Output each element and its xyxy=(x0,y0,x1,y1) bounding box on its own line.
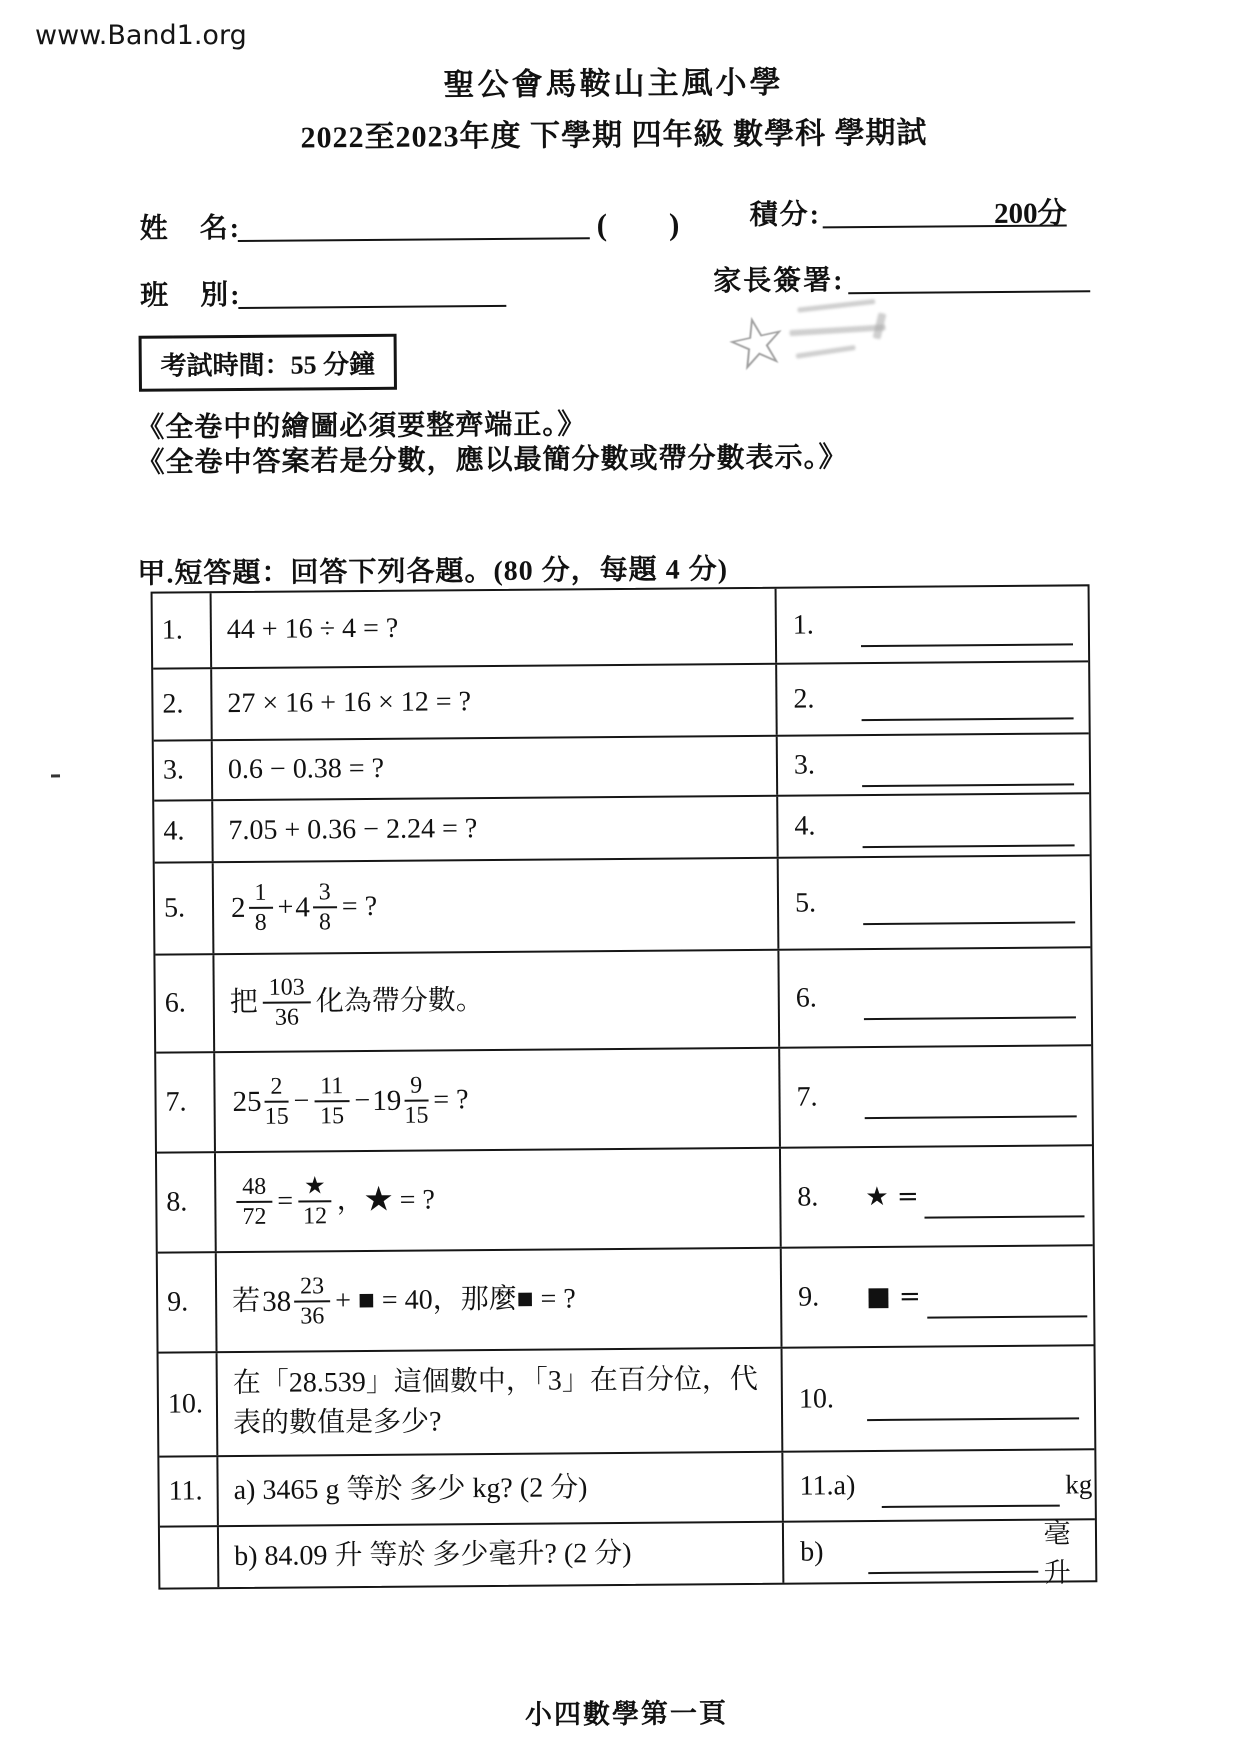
question-text: + xyxy=(277,888,293,928)
question-text: − xyxy=(354,1081,370,1121)
row-number: 10. xyxy=(159,1353,219,1455)
answer-cell: 11.a)kg xyxy=(783,1450,1095,1520)
fraction-stack: 915 xyxy=(404,1072,428,1129)
numerator: 1 xyxy=(248,879,272,909)
question-cell: 44 + 16 ÷ 4 = ? xyxy=(212,589,778,667)
denominator: 72 xyxy=(242,1203,266,1231)
answer-number: 5. xyxy=(795,887,837,919)
row-number: 9. xyxy=(158,1253,218,1351)
answer-number: 10. xyxy=(799,1383,841,1415)
fraction: 382336 xyxy=(262,1273,333,1330)
question-text: ，★ = ? xyxy=(337,1181,436,1222)
denominator: 8 xyxy=(255,909,267,936)
fraction: 10336 xyxy=(260,974,314,1031)
name-blank-line xyxy=(238,203,590,242)
fraction-stack: 1115 xyxy=(314,1073,350,1130)
whole-number: 19 xyxy=(372,1084,401,1117)
instruction-note-2: 《全卷中答案若是分數，應以最簡分數或帶分數表示。》 xyxy=(136,435,847,481)
question-row-12: b) 84.09 升 等於 多少毫升? (2 分)b)毫升 xyxy=(160,1520,1095,1587)
answer-symbol: ★ = xyxy=(865,1182,919,1212)
denominator: 15 xyxy=(404,1102,428,1130)
question-row-9: 9.若 382336 + ■ = 40，那麼■ = ?9.■ = xyxy=(158,1246,1094,1353)
answer-number: 11.a) xyxy=(799,1470,855,1502)
exam-time-text: 考試時間：55 分鐘 xyxy=(160,343,375,382)
question-cell: 把10336 化為帶分數。 xyxy=(214,951,780,1051)
score-total: 200分 xyxy=(994,197,1067,230)
answer-blank xyxy=(868,1541,1038,1574)
numerator: 48 xyxy=(236,1173,272,1203)
denominator: 15 xyxy=(320,1102,344,1130)
answer-cell: b)毫升 xyxy=(784,1520,1095,1582)
question-cell: 4872 = ★12，★ = ? xyxy=(216,1149,782,1251)
answer-blank xyxy=(881,1475,1059,1508)
denominator: 8 xyxy=(319,908,331,935)
question-text: b) 84.09 升 等於 多少毫升? (2 分) xyxy=(234,1534,632,1577)
row-number: 1. xyxy=(153,593,213,667)
question-cell: 27 × 16 + 16 × 12 = ? xyxy=(212,665,778,739)
question-cell: 在「28.539」這個數中，「3」在百分位，代表的數值是多少? xyxy=(218,1349,784,1455)
exam-time-box: 考試時間：55 分鐘 xyxy=(139,334,397,392)
whole-number: 2 xyxy=(231,891,246,924)
answer-cell: 6. xyxy=(779,948,1091,1046)
question-text: + ■ = 40，那麼■ = ? xyxy=(335,1279,576,1321)
question-text: 7.05 + 0.36 − 2.24 = ? xyxy=(228,809,477,851)
question-text: − xyxy=(293,1082,309,1122)
row-number: 6. xyxy=(155,955,215,1051)
whole-number: 25 xyxy=(232,1085,261,1118)
answer-blank xyxy=(861,687,1073,721)
question-text: = xyxy=(277,1182,293,1222)
question-text: = ? xyxy=(433,1080,469,1120)
fraction-stack: 10336 xyxy=(263,974,311,1031)
question-cell: 0.6 − 0.38 = ? xyxy=(213,737,778,799)
answer-cell: 10. xyxy=(783,1346,1095,1450)
answer-blank xyxy=(863,891,1075,925)
question-text: 27 × 16 + 16 × 12 = ? xyxy=(227,682,471,724)
fraction-stack: 215 xyxy=(264,1073,288,1130)
question-row-8: 8.4872 = ★12，★ = ?8.★ = xyxy=(157,1146,1093,1253)
numerator: ★ xyxy=(298,1173,332,1203)
answer-cell: 2. xyxy=(777,662,1089,734)
score-label: 積分: xyxy=(749,192,821,233)
answer-blank xyxy=(867,1387,1079,1421)
question-row-11: 11.a) 3465 g 等於 多少 kg? (2 分)11.a)kg xyxy=(159,1450,1095,1527)
section-heading: 甲.短答題：回答下列各題。(80 分，每題 4 分) xyxy=(137,547,728,592)
page-footer: 小四數學第一頁 xyxy=(6,1687,1240,1736)
answer-symbol: ■ = xyxy=(866,1282,921,1312)
answer-number: 6. xyxy=(796,982,838,1014)
question-text: 44 + 16 ÷ 4 = ? xyxy=(227,609,399,650)
question-table: 1.44 + 16 ÷ 4 = ?1.2.27 × 16 + 16 × 12 =… xyxy=(151,584,1098,1589)
row-number: 8. xyxy=(157,1153,217,1251)
answer-number: 7. xyxy=(796,1081,838,1113)
row-number: 3. xyxy=(154,741,213,799)
answer-cell: 1. xyxy=(777,586,1089,662)
answer-blank xyxy=(864,986,1076,1020)
row-number: 7. xyxy=(156,1053,216,1151)
fraction-stack: 4872 xyxy=(236,1173,272,1230)
question-text: 把 xyxy=(230,983,258,1023)
scan-artifact xyxy=(51,774,60,777)
row-number: 11. xyxy=(159,1457,219,1525)
question-row-7: 7.25215 − 1115 − 19915 = ?7. xyxy=(156,1046,1092,1153)
answer-blank xyxy=(927,1285,1087,1318)
answer-cell: 5. xyxy=(779,856,1091,948)
denominator: 36 xyxy=(300,1302,324,1330)
answer-blank xyxy=(864,1085,1076,1119)
fraction: 438 xyxy=(295,879,340,936)
answer-blank xyxy=(925,1185,1085,1218)
answer-number: 8. xyxy=(797,1181,839,1213)
denominator: 36 xyxy=(275,1004,299,1032)
row-number: 4. xyxy=(154,801,213,861)
encouragement-stamp: ☆ xyxy=(725,293,926,385)
answer-number: b) xyxy=(800,1536,842,1568)
question-row-5: 5.218 + 438 = ?5. xyxy=(155,856,1091,955)
fraction: 4872 xyxy=(233,1173,275,1230)
answer-blank xyxy=(862,814,1074,848)
numerator: 23 xyxy=(294,1273,330,1303)
question-row-10: 10.在「28.539」這個數中，「3」在百分位，代表的數值是多少?10. xyxy=(159,1346,1095,1457)
answer-cell: 3. xyxy=(778,734,1089,794)
fraction-stack: 38 xyxy=(313,879,337,936)
fraction: 1115 xyxy=(311,1073,353,1130)
question-cell: a) 3465 g 等於 多少 kg? (2 分) xyxy=(218,1453,784,1525)
question-text: 0.6 − 0.38 = ? xyxy=(228,749,384,790)
score-blank-line: 200分 xyxy=(822,190,1066,228)
class-blank-line xyxy=(238,271,506,309)
fraction: 218 xyxy=(231,879,276,936)
exam-sheet: 聖公會馬鞍山主風小學 2022至2023年度 下學期 四年級 數學科 學期試 姓… xyxy=(0,0,1240,1754)
exam-title: 2022至2023年度 下學期 四年級 數學科 學期試 xyxy=(0,105,1234,159)
stamp-mark xyxy=(796,345,856,359)
fraction-stack: 2336 xyxy=(294,1273,330,1330)
fraction: 25215 xyxy=(232,1073,291,1130)
answer-cell: 8.★ = xyxy=(781,1146,1093,1246)
row-number xyxy=(160,1527,219,1587)
numerator: 3 xyxy=(313,879,337,909)
numerator: 103 xyxy=(263,974,311,1004)
answer-number: 4. xyxy=(794,810,836,842)
answer-unit: kg xyxy=(1065,1469,1092,1500)
name-paren: ( ) xyxy=(596,199,679,245)
question-row-2: 2.27 × 16 + 16 × 12 = ?2. xyxy=(153,662,1089,741)
question-cell: 若 382336 + ■ = 40，那麼■ = ? xyxy=(217,1249,783,1351)
row-number: 2. xyxy=(153,669,213,739)
school-name: 聖公會馬鞍山主風小學 xyxy=(0,53,1234,108)
answer-blank xyxy=(862,753,1074,787)
answer-unit: 毫升 xyxy=(1043,1511,1095,1589)
question-row-4: 4.7.05 + 0.36 − 2.24 = ?4. xyxy=(154,794,1089,863)
whole-number: 4 xyxy=(295,891,310,924)
answer-number: 9. xyxy=(798,1281,840,1313)
numerator: 2 xyxy=(264,1073,288,1103)
star-outline-icon: ☆ xyxy=(718,296,797,390)
numerator: 9 xyxy=(404,1072,428,1102)
question-cell: 218 + 438 = ? xyxy=(214,859,780,953)
numerator: 11 xyxy=(314,1073,349,1103)
question-text: a) 3465 g 等於 多少 kg? (2 分) xyxy=(233,1468,587,1511)
name-label: 姓 名: xyxy=(140,206,242,247)
answer-number: 1. xyxy=(793,609,835,641)
answer-cell: 4. xyxy=(778,794,1089,856)
question-text: 化為帶分數。 xyxy=(316,981,484,1022)
question-text: 在「28.539」這個數中，「3」在百分位，代表的數值是多少? xyxy=(233,1360,774,1444)
question-cell: 25215 − 1115 − 19915 = ? xyxy=(215,1049,781,1151)
answer-number: 2. xyxy=(793,683,835,715)
denominator: 12 xyxy=(303,1202,327,1230)
question-text: = ? xyxy=(342,887,378,927)
question-row-3: 3.0.6 − 0.38 = ?3. xyxy=(154,734,1089,801)
question-text: 若 xyxy=(232,1282,260,1322)
fraction-stack: 18 xyxy=(248,879,272,936)
question-cell: b) 84.09 升 等於 多少毫升? (2 分) xyxy=(219,1523,784,1587)
answer-blank xyxy=(861,613,1073,647)
answer-cell: 7. xyxy=(780,1046,1092,1146)
parent-signature-line xyxy=(848,256,1090,294)
fraction-stack: ★12 xyxy=(298,1173,332,1230)
fraction: ★12 xyxy=(295,1173,335,1230)
question-row-6: 6.把10336 化為帶分數。6. xyxy=(155,948,1091,1053)
row-number: 5. xyxy=(155,863,215,953)
denominator: 15 xyxy=(265,1103,289,1131)
question-cell: 7.05 + 0.36 − 2.24 = ? xyxy=(213,797,778,861)
stamp-mark xyxy=(789,324,885,336)
answer-number: 3. xyxy=(794,749,836,781)
whole-number: 38 xyxy=(262,1285,291,1318)
fraction: 19915 xyxy=(372,1072,431,1129)
stamp-mark xyxy=(797,299,875,313)
class-label: 班 別: xyxy=(140,273,242,314)
answer-cell: 9.■ = xyxy=(782,1246,1094,1346)
question-row-1: 1.44 + 16 ÷ 4 = ?1. xyxy=(153,586,1089,669)
